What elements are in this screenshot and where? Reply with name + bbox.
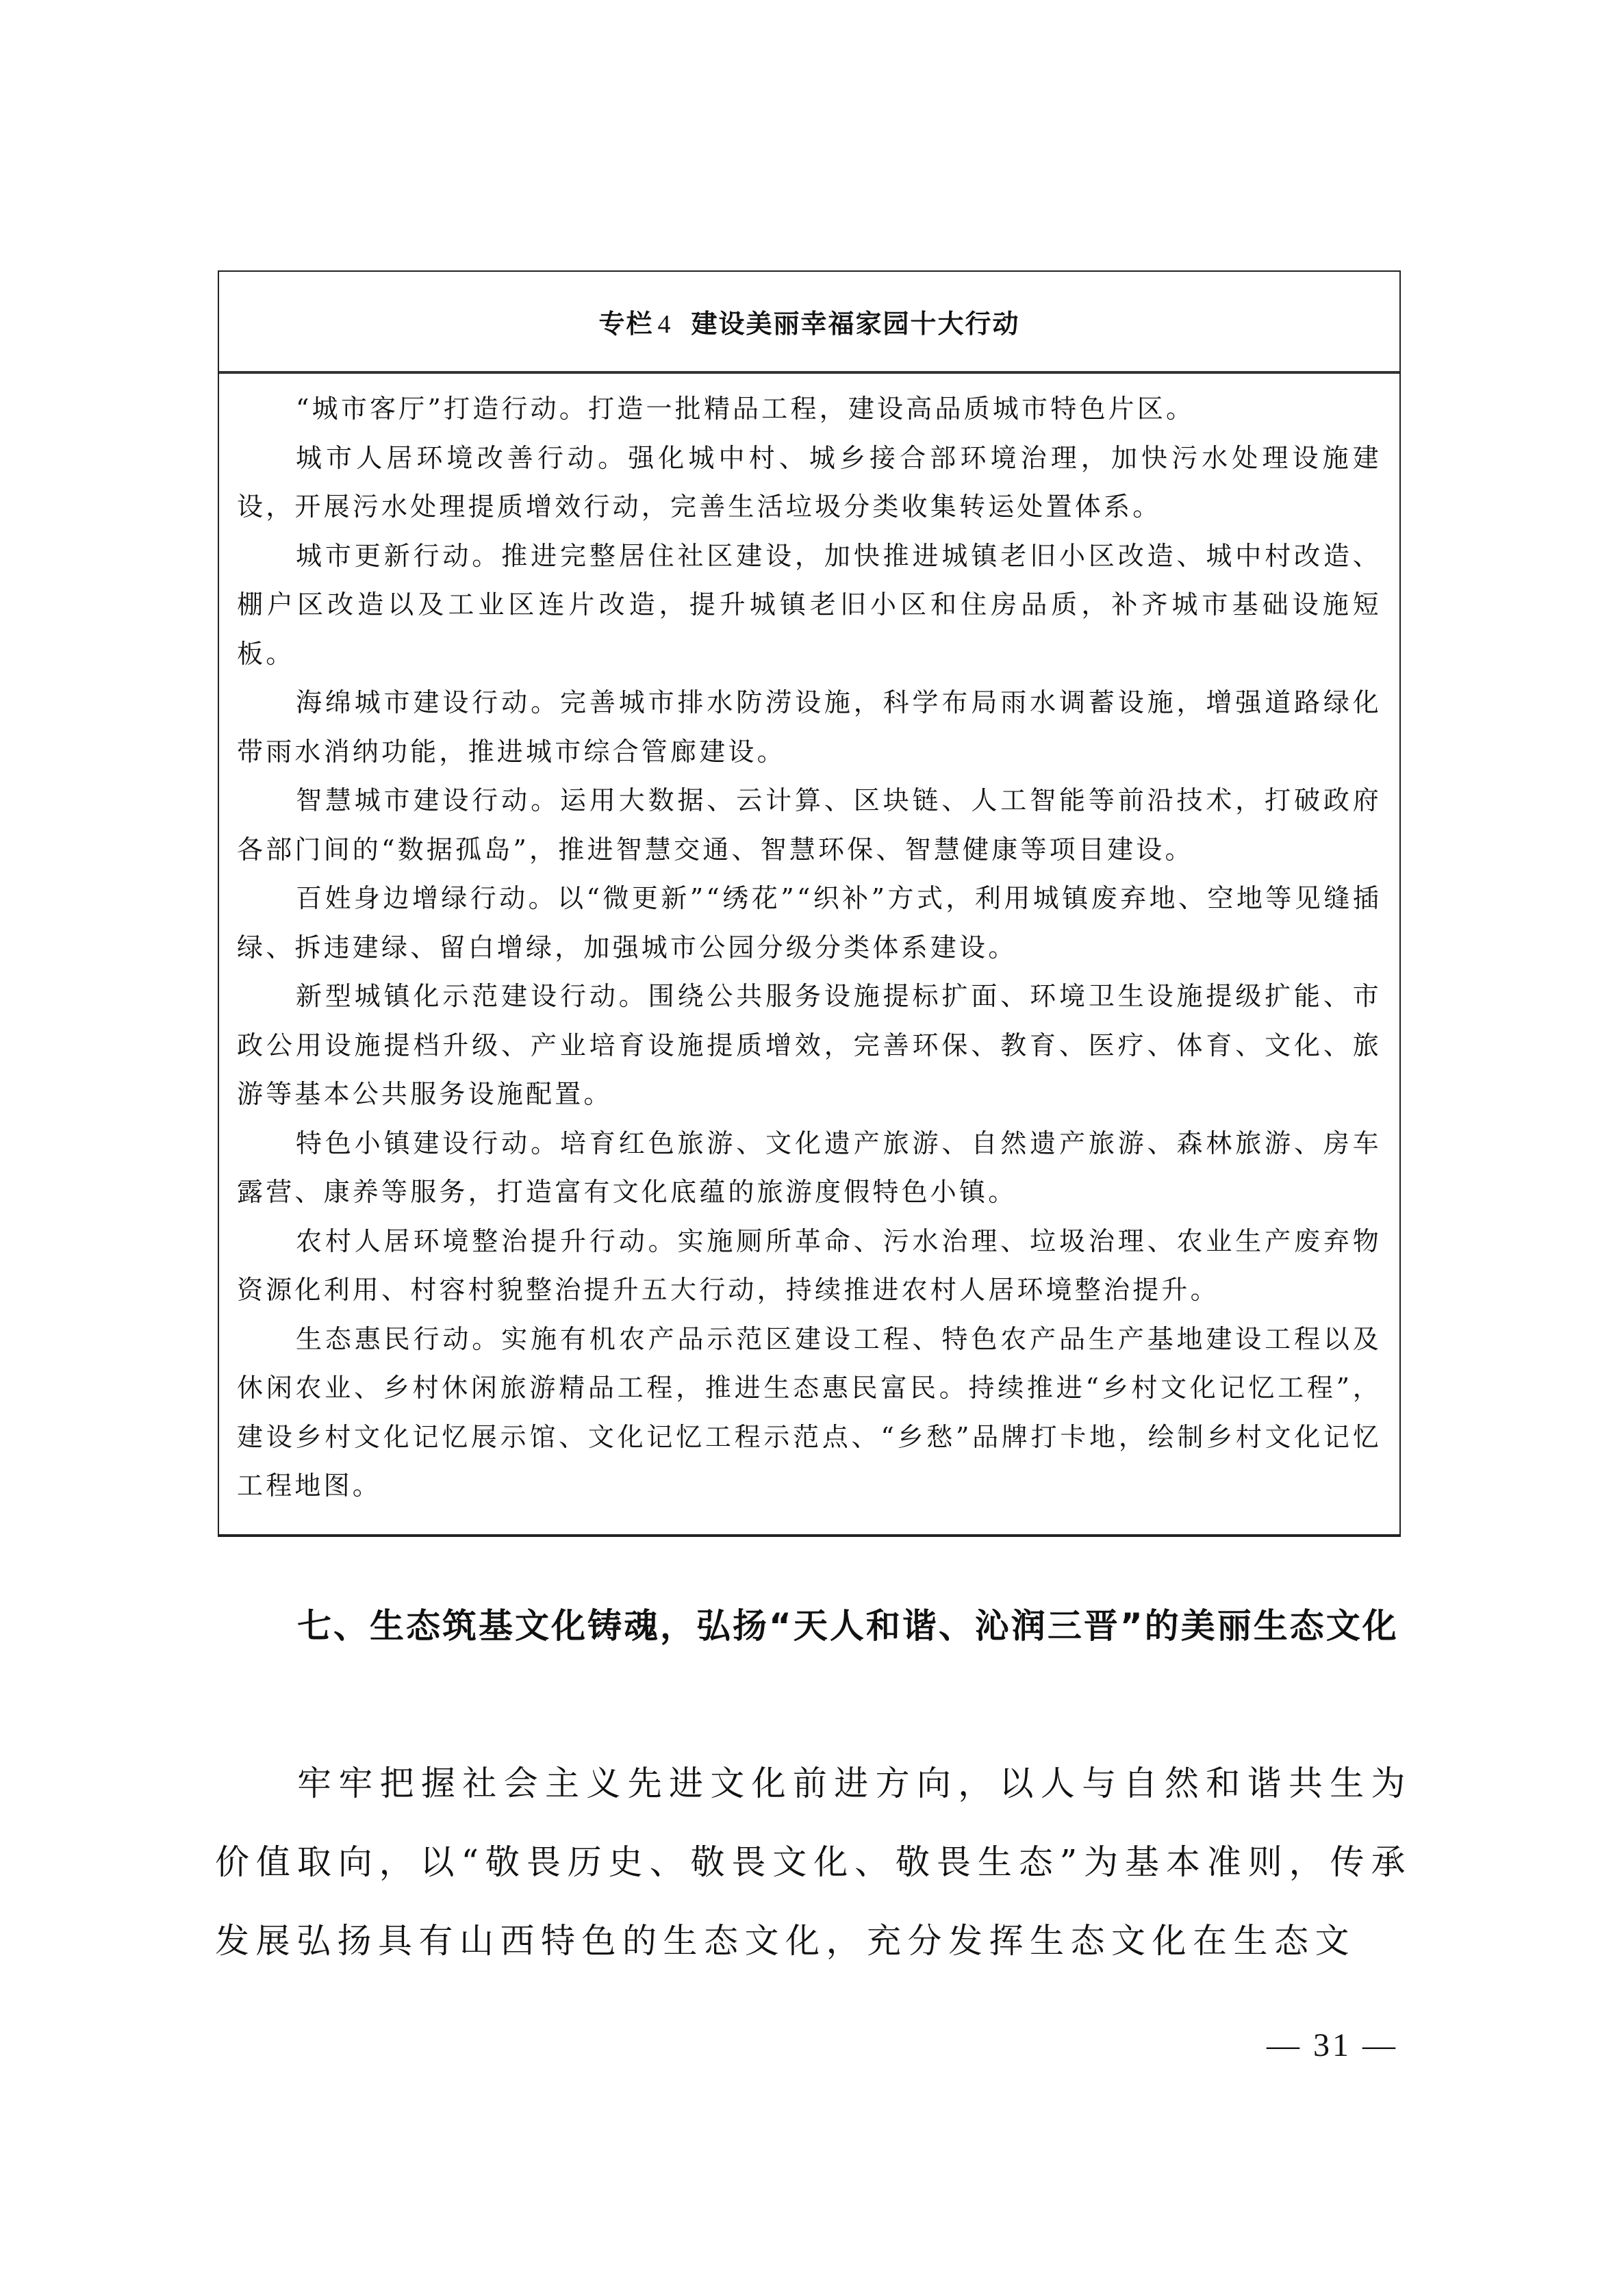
box-paragraph: 百姓身边增绿行动。以“微更新”“绣花”“织补”方式，利用城镇废弃地、空地等见缝插… — [237, 874, 1382, 972]
box-paragraph: 城市人居环境改善行动。强化城中村、城乡接合部环境治理，加快污水处理设施建设，开展… — [237, 434, 1382, 532]
box-paragraph: 智慧城市建设行动。运用大数据、云计算、区块链、人工智能等前沿技术，打破政府各部门… — [237, 776, 1382, 874]
box-paragraph: 生态惠民行动。实施有机农产品示范区建设工程、特色农产品生产基地建设工程以及休闲农… — [237, 1315, 1382, 1511]
box-paragraph: “城市客厅”打造行动。打造一批精品工程，建设高品质城市特色片区。 — [237, 385, 1382, 434]
box-title-text: 建设美丽幸福家园十大行动 — [692, 309, 1020, 339]
box-paragraph: 海绵城市建设行动。完善城市排水防涝设施，科学布局雨水调蓄设施，增强道路绿化带雨水… — [237, 678, 1382, 776]
box-header: 专栏4建设美丽幸福家园十大行动 — [219, 272, 1399, 374]
section-body-paragraph: 牢牢把握社会主义先进文化前进方向，以人与自然和谐共生为价值取向，以“敬畏历史、敬… — [215, 1744, 1412, 1981]
box-title: 专栏4建设美丽幸福家园十大行动 — [598, 303, 1019, 340]
box-body: “城市客厅”打造行动。打造一批精品工程，建设高品质城市特色片区。 城市人居环境改… — [219, 374, 1399, 1511]
section-heading: 七、生态筑基文化铸魂，弘扬“天人和谐、沁润三晋”的美丽生态文化 — [215, 1588, 1412, 1664]
box-paragraph: 特色小镇建设行动。培育红色旅游、文化遗产旅游、自然遗产旅游、森林旅游、房车露营、… — [237, 1119, 1382, 1217]
box-paragraph: 城市更新行动。推进完整居住社区建设，加快推进城镇老旧小区改造、城中村改造、棚户区… — [237, 532, 1382, 679]
box-paragraph: 农村人居环境整治提升行动。实施厕所革命、污水治理、垃圾治理、农业生产废弃物资源化… — [237, 1217, 1382, 1315]
box-label: 专栏 — [598, 309, 653, 339]
sidebar-box-column-4: 专栏4建设美丽幸福家园十大行动 “城市客厅”打造行动。打造一批精品工程，建设高品… — [218, 270, 1401, 1537]
box-number: 4 — [658, 310, 672, 339]
box-paragraph: 新型城镇化示范建设行动。围绕公共服务设施提标扩面、环境卫生设施提级扩能、市政公用… — [237, 972, 1382, 1119]
page-number: — 31 — — [1267, 2026, 1398, 2064]
